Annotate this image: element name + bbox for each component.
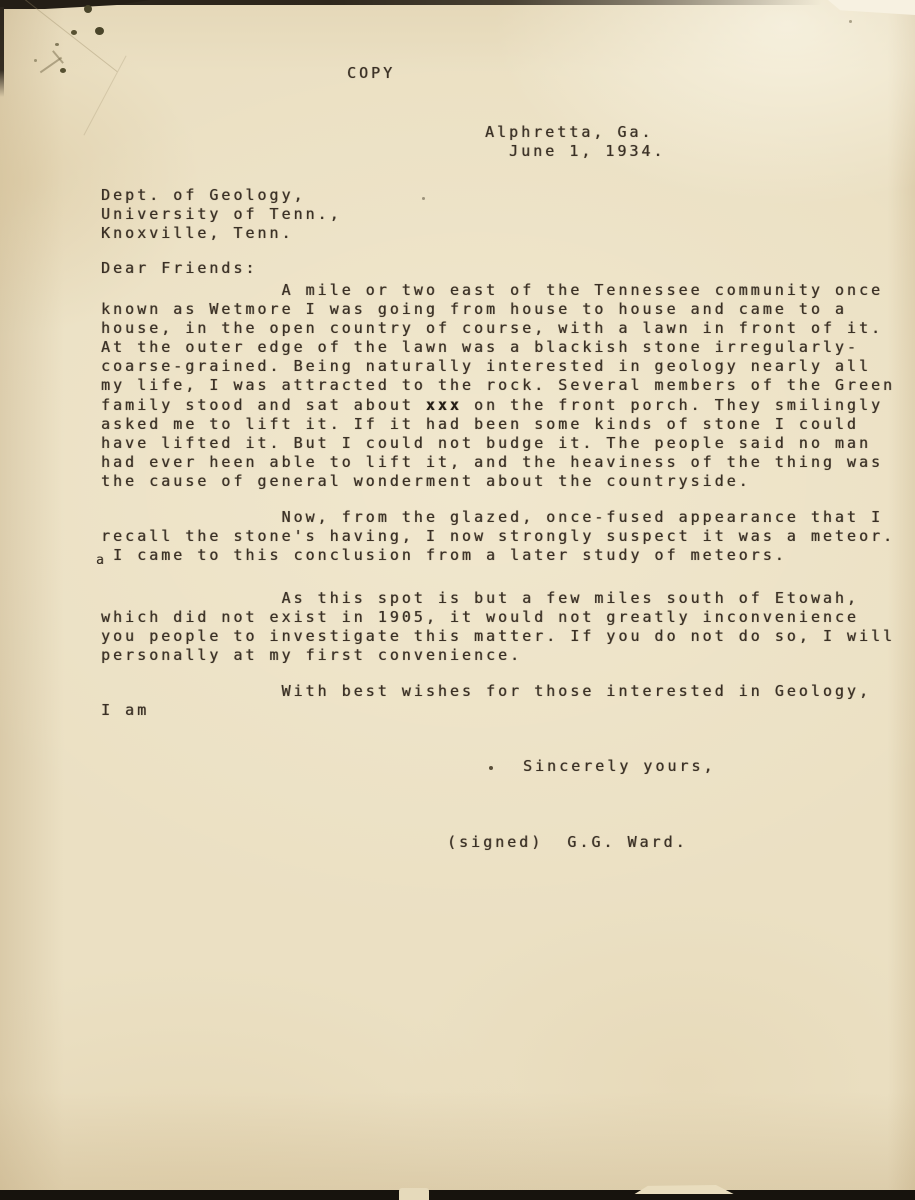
text-line: which did not exist in 1905, it would no… [101,608,895,627]
subscript-a-correction: a [96,553,104,568]
ink-speck [55,43,59,46]
text-line: known as Wetmore I was going from house … [101,300,895,319]
text-line: you people to investigate this matter. I… [101,627,895,646]
salutation: Dear Friends: [101,259,257,278]
text-line: Alphretta, Ga. [485,123,665,142]
text-line: coarse-grained. Being naturally interest… [101,357,895,376]
text-segment: family stood and sat about [101,396,426,414]
top-right-torn-corner [828,0,915,15]
paragraph-4: With best wishes for those interested in… [101,682,871,720]
bottom-edge-notch [399,1188,429,1200]
paragraph-2: Now, from the glazed, once-fused appeara… [101,508,895,565]
text-line: have lifted it. But I could not budge it… [101,434,895,453]
text-line: had ever heen able to lift it, and the h… [101,453,895,472]
text-line: As this spot is but a few miles south of… [101,589,895,608]
text-line: house, in the open country of course, wi… [101,319,895,338]
bottom-edge-tear [0,1190,915,1200]
text-line: June 1, 1934. [485,142,665,161]
closing: Sincerely yours, [523,757,716,776]
ink-speck [71,30,77,35]
text-line: Now, from the glazed, once-fused appeara… [101,508,895,527]
ink-dot [489,766,493,770]
text-line: recall the stone's having, I now strongl… [101,527,895,546]
signature-line: (signed) G.G. Ward. [447,833,688,852]
paper-crease [83,56,126,136]
ink-speck [60,68,66,73]
dateline: Alphretta, Ga. June 1, 1934. [485,123,665,161]
copy-label: COPY [347,64,395,83]
text-line: At the outer edge of the lawn was a blac… [101,338,895,357]
ink-speck [84,5,92,13]
text-line: With best wishes for those interested in… [101,682,871,701]
text-line: family stood and sat about xxx on the fr… [101,396,895,415]
struck-out-word: xxx [426,396,462,414]
text-line: I came to this conclusion from a later s… [101,546,895,565]
ink-speck [34,59,37,62]
recipient-address-block: Dept. of Geology,University of Tenn.,Kno… [101,186,342,243]
text-line: the cause of general wonderment about th… [101,472,895,491]
left-edge-tear [0,7,4,97]
letter-scan-page: COPY Alphretta, Ga. June 1, 1934. Dept. … [0,0,915,1200]
text-line: Dept. of Geology, [101,186,342,205]
text-line: asked me to lift it. If it had been some… [101,415,895,434]
paragraph-1: A mile or two east of the Tennessee comm… [101,281,895,491]
text-line: A mile or two east of the Tennessee comm… [101,281,895,300]
text-line: personally at my first convenience. [101,646,895,665]
ink-dot [422,197,425,200]
paragraph-3: As this spot is but a few miles south of… [101,589,895,665]
bottom-edge-flap [628,1185,738,1194]
text-segment: on the front porch. They smilingly [462,396,883,414]
ink-speck [849,20,852,23]
text-line: University of Tenn., [101,205,342,224]
text-line: my life, I was attracted to the rock. Se… [101,376,895,395]
text-line: Knoxville, Tenn. [101,224,342,243]
text-line: I am [101,701,871,720]
ink-speck [95,27,104,35]
